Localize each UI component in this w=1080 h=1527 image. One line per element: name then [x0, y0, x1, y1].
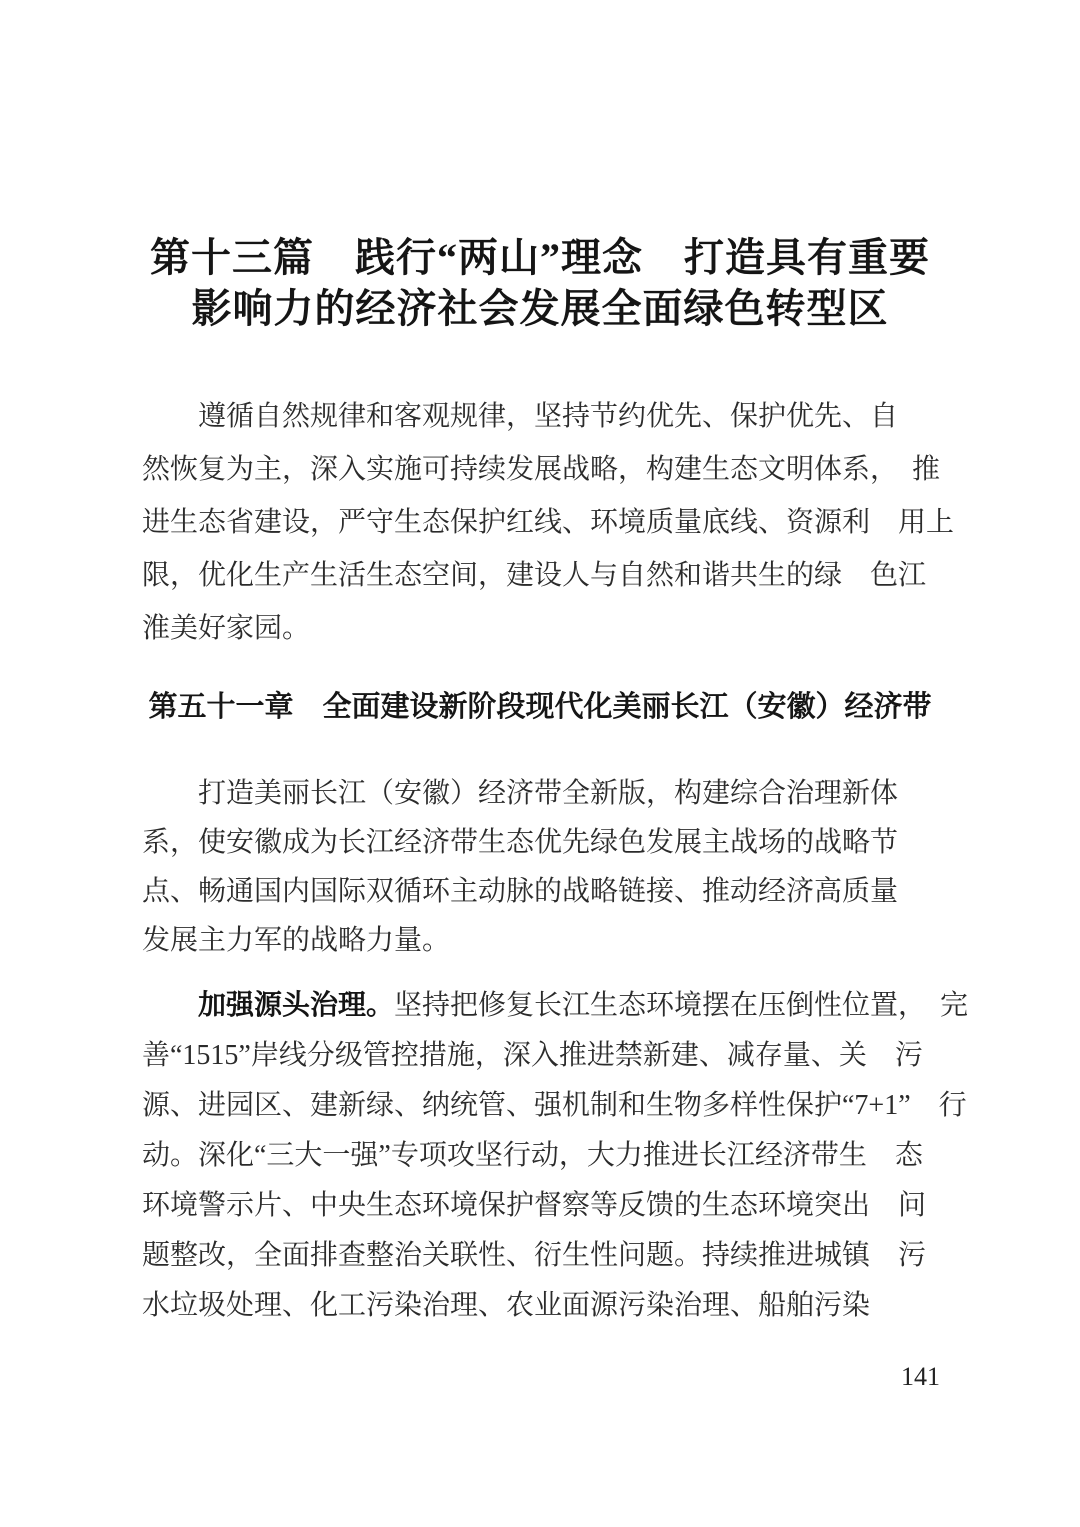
body-text-run: 坚持把修复长江生态环境摆在压倒性位置， 完 [394, 990, 968, 1021]
body-line: 点、畅通国内国际双循环主动脉的战略链接、推动经济高质量 [142, 867, 950, 916]
chapter-heading: 第五十一章 全面建设新阶段现代化美丽长江（安徽）经济带 [100, 685, 980, 729]
body-line: 环境警示片、中央生态环境保护督察等反馈的生态环境突出 问 [142, 1181, 950, 1231]
body-line: 打造美丽长江（安徽）经济带全新版，构建综合治理新体 [142, 769, 950, 818]
chapter-intro-paragraph: 打造美丽长江（安徽）经济带全新版，构建综合治理新体 系，使安徽成为长江经济带生态… [142, 769, 950, 965]
body-line: 水垃圾处理、化工污染治理、农业面源污染治理、船舶污染 [142, 1281, 950, 1331]
source-governance-paragraph: 加强源头治理。坚持把修复长江生态环境摆在压倒性位置， 完 善“1515”岸线分级… [142, 981, 950, 1331]
body-line: 源、进园区、建新绿、纳统管、强机制和生物多样性保护“7+1” 行 [142, 1081, 950, 1131]
preamble-line: 遵循自然规律和客观规律，坚持节约优先、保护优先、自 [142, 390, 940, 443]
body-line: 题整改，全面排查整治关联性、衍生性问题。持续推进城镇 污 [142, 1231, 950, 1281]
doc-title: 第十三篇 践行“两山”理念 打造具有重要 影响力的经济社会发展全面绿色转型区 [0, 0, 1080, 334]
body-line: 发展主力军的战略力量。 [142, 916, 950, 965]
preamble-line: 然恢复为主，深入实施可持续发展战略，构建生态文明体系， 推 [142, 443, 940, 496]
body-line: 系，使安徽成为长江经济带生态优先绿色发展主战场的战略节 [142, 818, 950, 867]
doc-title-line-1: 第十三篇 践行“两山”理念 打造具有重要 [0, 232, 1080, 283]
preamble-line: 进生态省建设，严守生态保护红线、环境质量底线、资源利 用上 [142, 496, 940, 549]
bold-lead-run: 加强源头治理。 [198, 990, 394, 1021]
doc-title-line-2: 影响力的经济社会发展全面绿色转型区 [0, 283, 1080, 334]
preamble-paragraph: 遵循自然规律和客观规律，坚持节约优先、保护优先、自 然恢复为主，深入实施可持续发… [142, 390, 940, 655]
body-line: 善“1515”岸线分级管控措施，深入推进禁新建、减存量、关 污 [142, 1031, 950, 1081]
body-line: 加强源头治理。坚持把修复长江生态环境摆在压倒性位置， 完 [142, 981, 950, 1031]
preamble-line: 淮美好家园。 [142, 602, 940, 655]
body-line: 动。深化“三大一强”专项攻坚行动，大力推进长江经济带生 态 [142, 1131, 950, 1181]
page-number: 141 [142, 1361, 940, 1393]
document-page: 第十三篇 践行“两山”理念 打造具有重要 影响力的经济社会发展全面绿色转型区 遵… [0, 0, 1080, 1527]
preamble-line: 限，优化生产生活生态空间，建设人与自然和谐共生的绿 色江 [142, 549, 940, 602]
